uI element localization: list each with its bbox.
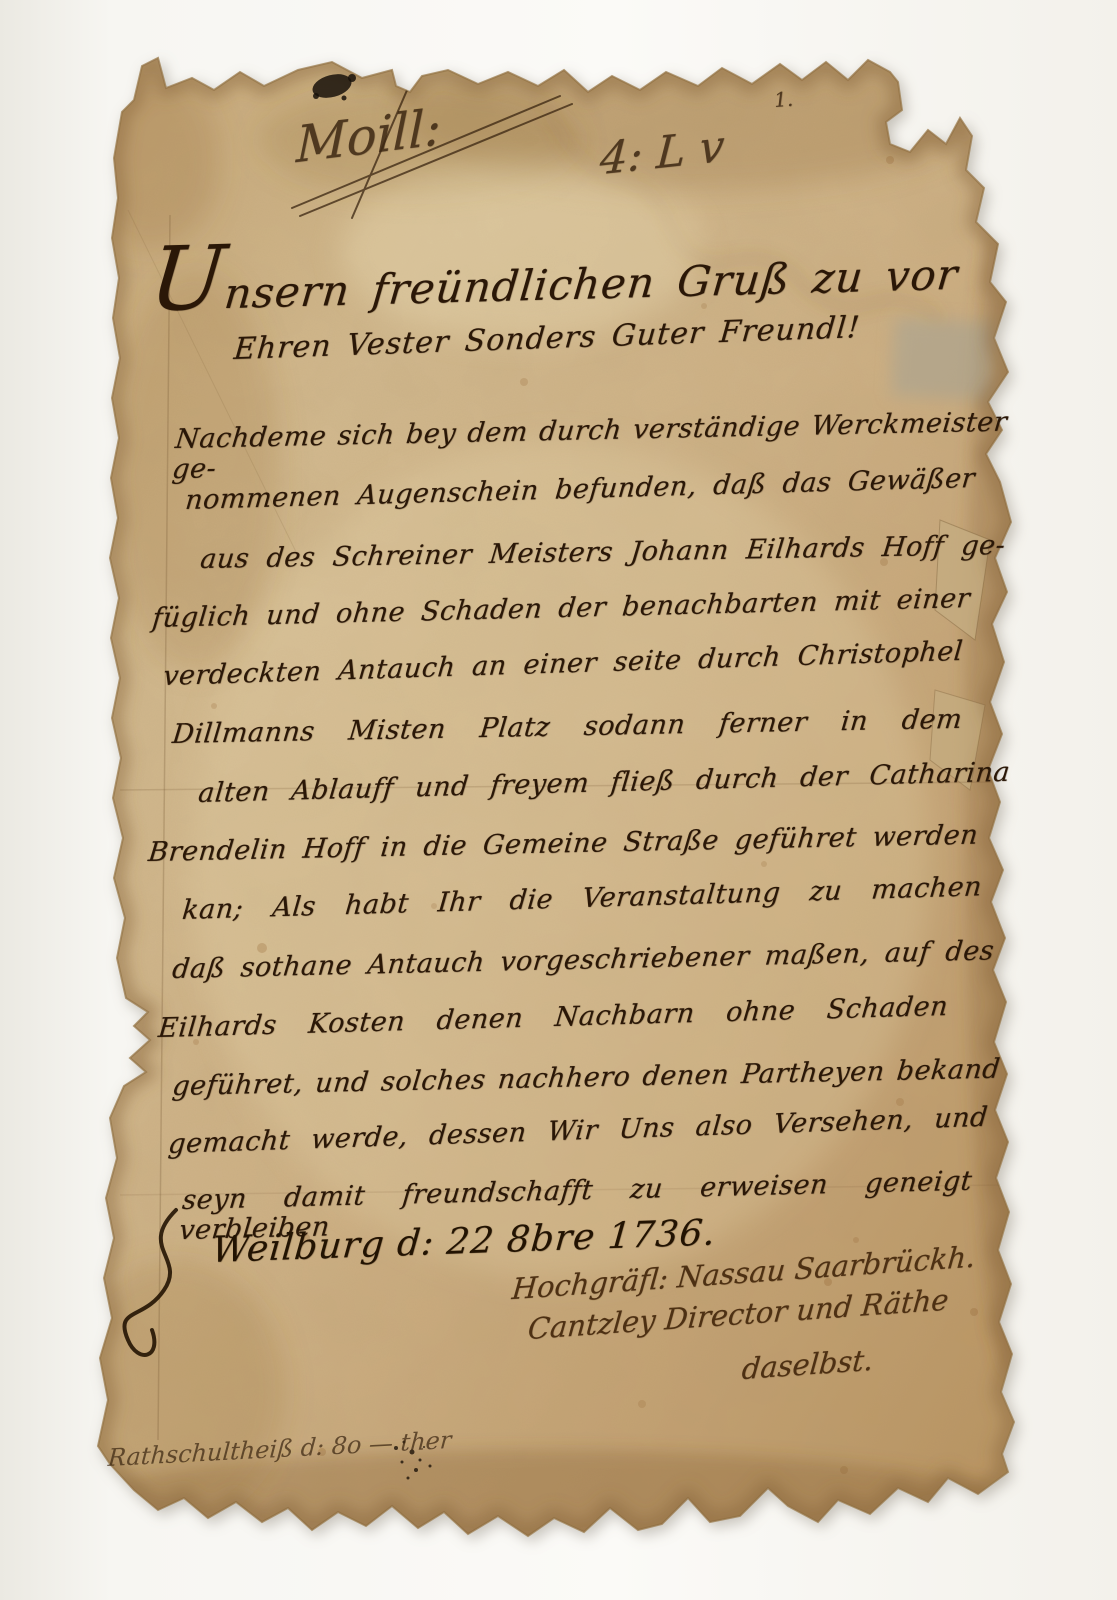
body-line: aus des Schreiner Meisters Johann Eilhar… <box>198 531 1007 581</box>
body-line: Dillmanns Misten Platz sodann ferner in … <box>170 705 964 756</box>
body-line: füglich und ohne Schaden der benachbarte… <box>150 584 971 640</box>
corner-number: 1. <box>773 87 794 112</box>
body-line: daß sothane Antauch vorgeschriebener maß… <box>170 936 995 991</box>
body-line: Eilhards Kosten denen Nachbarn ohne Scha… <box>156 992 949 1050</box>
salutation-line-1: Unsern freündlichen Gruß zu vor <box>147 233 962 320</box>
docket-note: Rathschultheiß d: 8o — ther <box>107 1426 452 1472</box>
body-line: alten Ablauff und freyem fließ durch der… <box>196 758 1011 815</box>
body-line: verdeckten Antauch an einer seite durch … <box>161 637 964 698</box>
scanned-letter-scene: Moill: 4: L v 1. Unsern freündlichen Gru… <box>0 0 1117 1600</box>
signature-line-3: daselbst. <box>740 1343 874 1386</box>
body-line: gemacht werde, dessen Wir Uns also Verse… <box>166 1103 989 1166</box>
header-scrawl: Moill: <box>295 98 441 174</box>
handwriting-layer: Moill: 4: L v 1. Unsern freündlichen Gru… <box>0 0 1117 1600</box>
header-docket-number: 4: L v <box>598 121 726 186</box>
body-line: nommenen Augenschein befunden, daß das G… <box>183 464 976 522</box>
salutation-line-2: Ehren Vester Sonders Guter Freundl! <box>232 310 861 367</box>
body-line: kan; Als habt Ihr die Veranstaltung zu m… <box>180 872 983 932</box>
body-line: Nachdeme sich bey dem durch verständige … <box>173 408 1008 462</box>
body-line: seyn damit freundschafft zu erweisen gen… <box>180 1167 973 1222</box>
body-line: Brendelin Hoff in die Gemeine Straße gef… <box>146 821 979 874</box>
body-line: geführet, und solches nachhero denen Par… <box>170 1055 1001 1108</box>
